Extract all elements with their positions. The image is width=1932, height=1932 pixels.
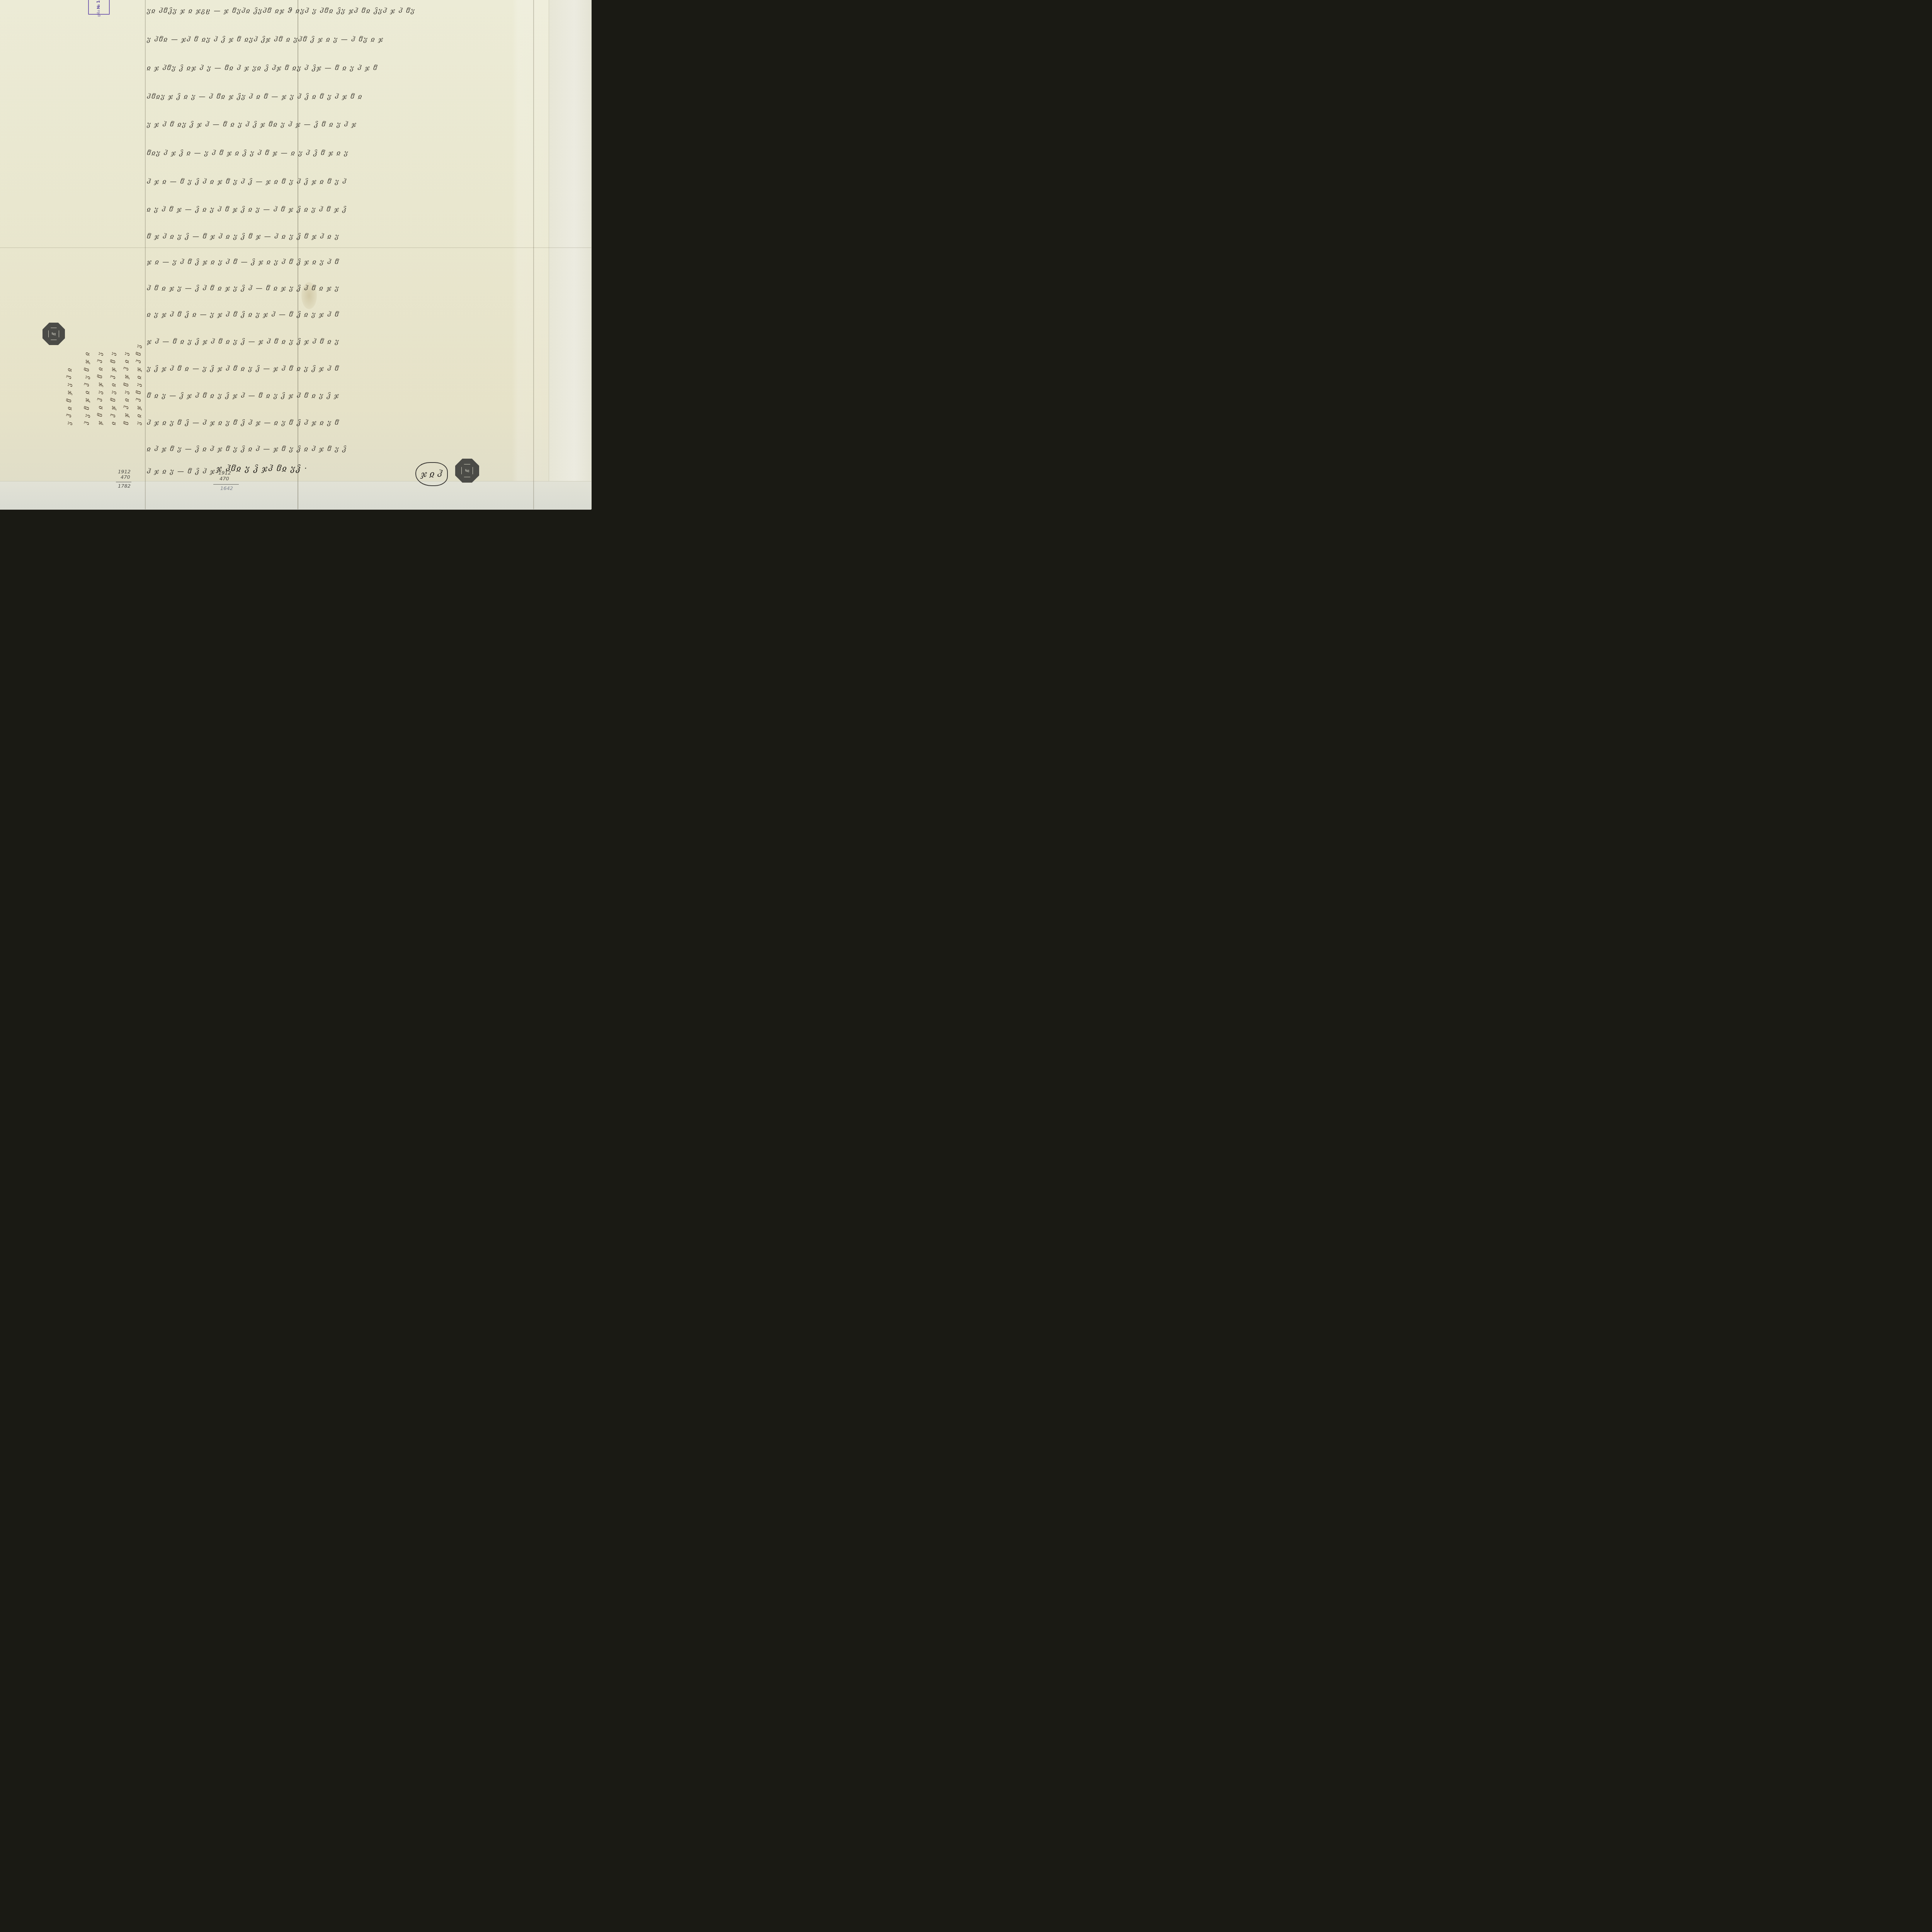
margin-line: ჲ ჰ ჯ ჱ ჳ ჲ ჰ ჯ ჱ ჳ xyxy=(110,247,121,425)
pencil-number: 1912 xyxy=(218,471,231,476)
margin-note: ჳ ჲ ჯ ჰ ჱ ჳ ჲ ჯ ჰ ჱ ჳ ჱ ჯ ჰ ჲ ჳ ჱ ჯ ჰ ჲ … xyxy=(62,247,147,425)
text-line: ჳ ჴ ჯ ჰ ჱ ჲ — ჳ ჴ ჯ ჰ ჱ ჲ ჳ ჴ — ჯ ჰ ჱ ჲ … xyxy=(147,365,549,380)
text-line: ჯ ჰ — ჱ ჲ ჳ ჴ ჯ ჰ ჱ ჲ ჳ ჴ — ჯ ჰ ჱ ჲ ჳ ჴ … xyxy=(147,338,549,353)
text-line: ჱჲჳ ჰ ჯ ჴ ჲ — ჳ ჰ ჱ ჯ ჲ ჴ ჳ ჰ ჱ ჯ — ჲ ჳ … xyxy=(147,149,549,165)
text-line: ჲ ჰ ჯ ჱ ჳ — ჴ ჲ ჰ ჯ ჱ ჳ ჴ ჲ ჰ — ჯ ჱ ჳ ჴ … xyxy=(147,445,549,461)
text-line: ჱ ჲ ჳ — ჴ ჯ ჰ ჱ ჲ ჳ ჴ ჯ ჰ — ჱ ჲ ჳ ჴ ჯ ჰ … xyxy=(147,392,549,407)
paper-bottom-strip xyxy=(0,481,591,509)
pencil-number: 470 xyxy=(219,476,229,482)
wax-seal-right: ჱჲჳ xyxy=(455,459,479,483)
monogram: ჯ ჲ ჰ xyxy=(415,462,448,486)
text-line: ჯ ჲ — ჳ ჰ ჱ ჴ ჯ ჲ ჳ ჰ ჱ — ჴ ჯ ჲ ჳ ჰ ჱ ჴ … xyxy=(147,258,549,274)
text-line: ჲ ჳ ჰ ჱ ჯ — ჴ ჲ ჳ ჰ ჱ ჯ ჴ ჲ ჳ — ჰ ჱ ჯ ჴ … xyxy=(147,206,549,221)
seal-inscription: ჱჲჳ xyxy=(52,332,56,335)
archive-stamp: ცსსა № 144 xyxy=(88,0,110,15)
margin-line: ჰ ჳ ჱ ჯ ჲ ჰ ჳ ჱ ჯ ჲ xyxy=(83,247,94,425)
text-line: ჰ ჯ ჲ ჳ ჱ ჴ — ჰ ჯ ჲ ჳ ჱ ჴ ჰ ჯ — ჲ ჳ ჱ ჴ … xyxy=(147,419,549,434)
pencil-number: 470 xyxy=(121,475,130,480)
text-line: ჲ ჳ ჯ ჰ ჱ ჴ ჲ — ჳ ჯ ჰ ჱ ჴ ჲ ჳ ჯ ჰ — ჱ ჴ … xyxy=(147,311,549,326)
pencil-rule xyxy=(116,482,131,482)
pencil-number: 1912 xyxy=(118,469,131,475)
margin-line: ჳ ჰ ჲ ჱ ჯ ჳ ჰ ჲ xyxy=(66,247,77,425)
text-line: ჳ ჰჱჲ — ჯჰ ჱ ჲჳ ჰ ჴ ჯ ჱ ჲჳჰ ჴჯ ჰჱ ჲ ჳჰჱ … xyxy=(147,36,549,51)
wax-seal-left: ჱჲჳ xyxy=(43,323,65,345)
text-line: ჳჲ ჰჱჴჳ ჯ ჲ ჯჷჸ — ჯ ჱჳჰჲ ჴჳჰჱ ჲჯ ჵ ჲჳჰ ჳ… xyxy=(147,7,549,22)
manuscript-sheet: ცსსა № 144 ჳჲ ჰჱჴჳ ჯ ჲ ჯჷჸ — ჯ ჱჳჰჲ ჴჳჰჱ… xyxy=(0,0,591,509)
text-line: ჰ ჱ ჲ ჯ ჳ — ჴ ჰ ჱ ჲ ჯ ჳ ჴ ჰ — ჱ ჲ ჯ ჳ ჴ … xyxy=(147,284,549,300)
text-line: ჱ ჯ ჰ ჲ ჳ ჴ — ჱ ჯ ჰ ჲ ჳ ჴ ჱ ჯ — ჰ ჲ ჳ ჴ … xyxy=(147,233,549,248)
margin-line: ჯ ჱ ჲ ჰ ჳ ჯ ჱ ჲ ჰ ჳ xyxy=(97,247,107,425)
closing-line: ჰ ჯ ჲ ჳ — ჱ ჴ ჰ ჯ xyxy=(147,468,216,483)
text-line: ჰ ჯ ჲ — ჱ ჳ ჴ ჰ ჲ ჯ ჱ ჳ ჰ ჴ — ჯ ჲ ჱ ჳ ჰ … xyxy=(147,178,549,193)
margin-line: ჳ ჲ ჯ ჰ ჱ ჳ ჲ ჯ ჰ ჱ ჳ xyxy=(135,247,146,425)
text-line: ჳ ჯ ჰ ჱ ჲჳ ჴ ჯ ჰ — ჱ ჲ ჳ ჰ ჴ ჯ ჱჲ ჳ ჰ ჯ … xyxy=(147,121,549,136)
pencil-rule xyxy=(213,484,239,485)
text-line: ჰჱჲჳ ჯ ჴ ჲ ჳ — ჰ ჱჲ ჯ ჴჳ ჰ ჲ ჱ — ჯ ჳ ჰ ჴ… xyxy=(147,93,549,108)
paper-edge-strip xyxy=(549,0,592,509)
text-line: ჲ ჯ ჰჱჳ ჴ ჲჯ ჰ ჳ — ჱჲ ჰ ჯ ჳჲ ჴ ჰჯ ჱ ჲჳ ჰ… xyxy=(147,64,549,80)
archive-stamp-label: ცსსა xyxy=(97,10,100,17)
seal-inscription: ჱჲჳ xyxy=(465,469,469,472)
pencil-number: 1642 xyxy=(220,486,233,492)
pencil-number: 1782 xyxy=(118,484,131,489)
archive-stamp-number: № 144 xyxy=(97,0,101,9)
margin-line: ჱ ჯ ჰ ჲ ჳ ჱ ჯ ჰ ჲ ჳ xyxy=(123,247,134,425)
